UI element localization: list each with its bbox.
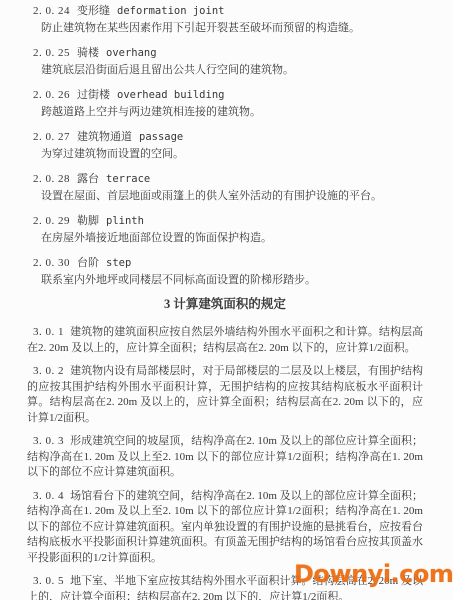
clause-number: 3. 0. 4 (33, 490, 64, 502)
term-english: overhead building (117, 89, 224, 101)
clause-text: 场馆看台下的建筑空间，结构净高在2. 10m 及以上的部位应计算全面积；结构净高… (27, 490, 423, 564)
clause-text: 形成建筑空间的坡屋顶，结构净高在2. 10m 及以上的部位应计算全面积；结构净高… (27, 435, 423, 478)
term-heading: 2. 0. 29勒脚plinth (33, 213, 423, 230)
term-definition: 联系室内外地坪或同楼层不同标高面设置的阶梯形踏步。 (41, 272, 423, 289)
term-item: 2. 0. 30台阶step 联系室内外地坪或同楼层不同标高面设置的阶梯形踏步。 (27, 255, 423, 289)
term-heading: 2. 0. 27建筑物通道passage (33, 129, 423, 146)
term-english: deformation joint (117, 5, 224, 17)
term-number: 2. 0. 27 (33, 131, 70, 143)
term-chinese: 过街楼 (77, 89, 110, 101)
term-definition: 防止建筑物在某些因素作用下引起开裂甚至破坏而预留的构造缝。 (41, 20, 423, 37)
term-item: 2. 0. 28露台terrace 设置在屋面、首层地面或雨篷上的供人室外活动的… (27, 171, 423, 205)
downyi-watermark: Downyi.com (294, 560, 453, 588)
term-definition: 建筑底层沿街面后退且留出公共人行空间的建筑物。 (41, 62, 423, 79)
clause-text: 建筑物内设有局部楼层时，对于局部楼层的二层及以上楼层，有围护结构的应按其围护结构… (27, 365, 423, 424)
term-number: 2. 0. 30 (33, 257, 70, 269)
term-chinese: 变形缝 (77, 5, 110, 17)
term-number: 2. 0. 29 (33, 215, 70, 227)
document-page: 2. 0. 24变形缝deformation joint 防止建筑物在某些因素作… (0, 0, 453, 600)
clause-number: 3. 0. 1 (33, 326, 64, 338)
clause-text: 建筑物的建筑面积应按自然层外墙结构外围水平面积之和计算。结构层高在2. 20m … (27, 326, 423, 354)
term-english: terrace (106, 173, 150, 185)
clause: 3. 0. 4场馆看台下的建筑空间，结构净高在2. 10m 及以上的部位应计算全… (27, 489, 423, 567)
term-item: 2. 0. 26过街楼overhead building 跨越道路上空并与两边建… (27, 87, 423, 121)
term-item: 2. 0. 27建筑物通道passage 为穿过建筑物而设置的空间。 (27, 129, 423, 163)
term-chinese: 露台 (77, 173, 99, 185)
term-number: 2. 0. 24 (33, 5, 70, 17)
term-number: 2. 0. 25 (33, 47, 70, 59)
clause-number: 3. 0. 3 (33, 435, 64, 447)
term-definition: 设置在屋面、首层地面或雨篷上的供人室外活动的有围护设施的平台。 (41, 188, 423, 205)
term-heading: 2. 0. 24变形缝deformation joint (33, 3, 423, 20)
clause-number: 3. 0. 5 (33, 575, 64, 587)
term-chinese: 骑楼 (77, 47, 99, 59)
term-chinese: 台阶 (77, 257, 99, 269)
term-definition: 为穿过建筑物而设置的空间。 (41, 146, 423, 163)
clauses-section: 3. 0. 1建筑物的建筑面积应按自然层外墙结构外围水平面积之和计算。结构层高在… (27, 325, 423, 600)
term-english: overhang (106, 47, 157, 59)
term-english: step (106, 257, 131, 269)
term-definition: 跨越道路上空并与两边建筑相连接的建筑物。 (41, 104, 423, 121)
clause: 3. 0. 1建筑物的建筑面积应按自然层外墙结构外围水平面积之和计算。结构层高在… (27, 325, 423, 356)
section-title: 3 计算建筑面积的规定 (27, 297, 423, 312)
term-heading: 2. 0. 28露台terrace (33, 171, 423, 188)
term-item: 2. 0. 24变形缝deformation joint 防止建筑物在某些因素作… (27, 3, 423, 37)
term-chinese: 勒脚 (77, 215, 99, 227)
clause: 3. 0. 3形成建筑空间的坡屋顶，结构净高在2. 10m 及以上的部位应计算全… (27, 434, 423, 481)
term-english: plinth (106, 215, 144, 227)
term-chinese: 建筑物通道 (77, 131, 132, 143)
term-number: 2. 0. 28 (33, 173, 70, 185)
term-english: passage (139, 131, 183, 143)
term-heading: 2. 0. 26过街楼overhead building (33, 87, 423, 104)
term-definition: 在房屋外墙接近地面部位设置的饰面保护构造。 (41, 230, 423, 247)
term-item: 2. 0. 29勒脚plinth 在房屋外墙接近地面部位设置的饰面保护构造。 (27, 213, 423, 247)
term-heading: 2. 0. 30台阶step (33, 255, 423, 272)
clause: 3. 0. 2建筑物内设有局部楼层时，对于局部楼层的二层及以上楼层，有围护结构的… (27, 364, 423, 426)
clause-number: 3. 0. 2 (33, 365, 64, 377)
term-number: 2. 0. 26 (33, 89, 70, 101)
term-heading: 2. 0. 25骑楼overhang (33, 45, 423, 62)
terms-section: 2. 0. 24变形缝deformation joint 防止建筑物在某些因素作… (27, 3, 423, 289)
term-item: 2. 0. 25骑楼overhang 建筑底层沿街面后退且留出公共人行空间的建筑… (27, 45, 423, 79)
